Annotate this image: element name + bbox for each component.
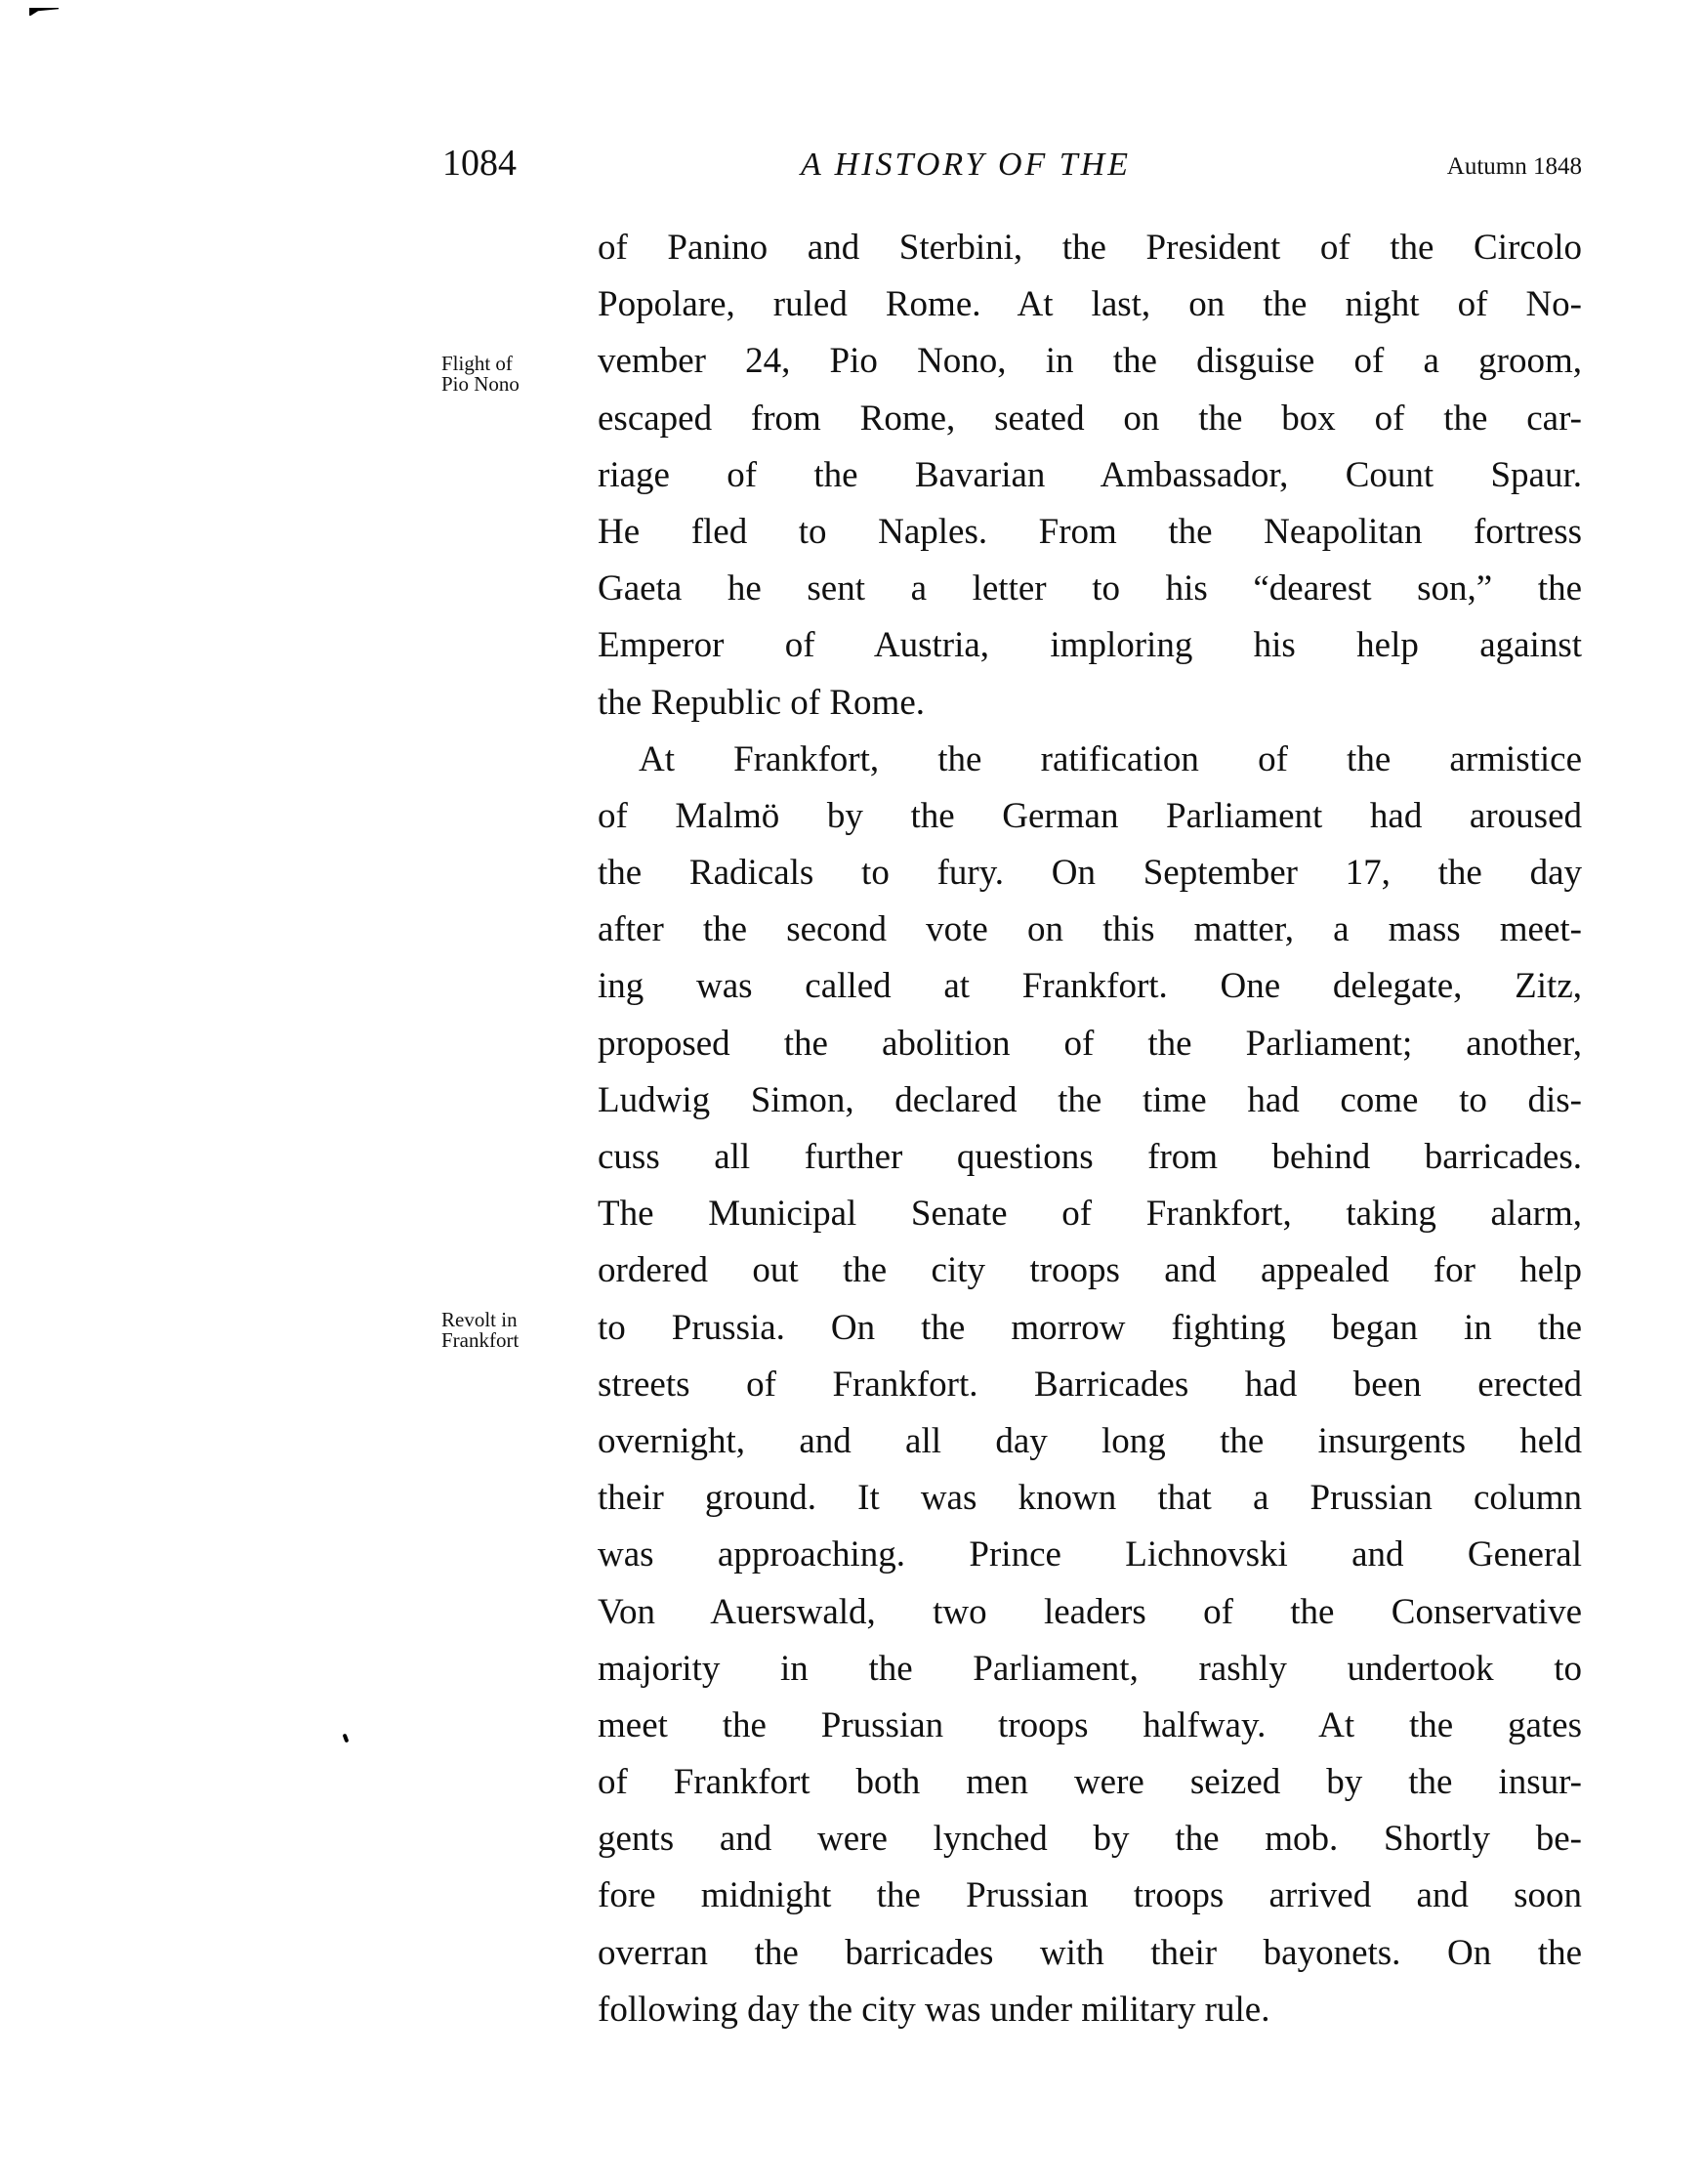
text-line: gents and were lynched by the mob. Short…: [598, 1811, 1582, 1868]
text-line: Popolare, ruled Rome. At last, on the ni…: [598, 276, 1582, 333]
text-line: Emperor of Austria, imploring his help a…: [598, 617, 1582, 674]
text-line: The Municipal Senate of Frankfort, takin…: [598, 1186, 1582, 1242]
running-title: A HISTORY OF THE: [801, 141, 1131, 189]
text-line: of Panino and Sterbini, the President of…: [598, 220, 1582, 276]
text-line: their ground. It was known that a Prussi…: [598, 1470, 1582, 1527]
side-note-line: Pio Nono: [441, 374, 520, 395]
text-line: overnight, and all day long the insurgen…: [598, 1413, 1582, 1470]
text-line: cuss all further questions from behind b…: [598, 1129, 1582, 1186]
scan-corner-mark: [29, 8, 59, 16]
text-line: ordered out the city troops and appealed…: [598, 1242, 1582, 1299]
text-line: escaped from Rome, seated on the box of …: [598, 391, 1582, 447]
side-note-revolt-in-frankfort: Revolt in Frankfort: [441, 1310, 519, 1351]
text-line-paragraph-start: At Frankfort, the ratification of the ar…: [598, 732, 1582, 788]
text-line-paragraph-end: following day the city was under militar…: [598, 1982, 1582, 2038]
text-line: ing was called at Frankfort. One delegat…: [598, 958, 1582, 1015]
text-line: streets of Frankfort. Barricades had bee…: [598, 1357, 1582, 1413]
text-line: proposed the abolition of the Parliament…: [598, 1016, 1582, 1072]
text-line: the Radicals to fury. On September 17, t…: [598, 845, 1582, 902]
text-line: to Prussia. On the morrow fighting began…: [598, 1300, 1582, 1357]
text-line: Gaeta he sent a letter to his “dearest s…: [598, 561, 1582, 617]
body-text: of Panino and Sterbini, the President of…: [598, 220, 1582, 2038]
text-line: meet the Prussian troops halfway. At the…: [598, 1698, 1582, 1754]
text-line: He fled to Naples. From the Neapolitan f…: [598, 504, 1582, 561]
side-note-line: Flight of: [441, 354, 520, 374]
page-number: 1084: [442, 139, 517, 188]
side-note-flight-of-pio-nono: Flight of Pio Nono: [441, 354, 520, 395]
text-line: majority in the Parliament, rashly under…: [598, 1641, 1582, 1698]
text-line: Ludwig Simon, declared the time had come…: [598, 1072, 1582, 1129]
text-line-paragraph-end: the Republic of Rome.: [598, 675, 1582, 732]
scan-stray-mark: [343, 1734, 350, 1743]
text-line: riage of the Bavarian Ambassador, Count …: [598, 447, 1582, 504]
text-line: vember 24, Pio Nono, in the disguise of …: [598, 333, 1582, 390]
running-head: 1084 A HISTORY OF THE Autumn 1848: [0, 139, 1704, 188]
text-line: of Frankfort both men were seized by the…: [598, 1754, 1582, 1811]
text-line: was approaching. Prince Lichnovski and G…: [598, 1527, 1582, 1583]
side-note-line: Frankfort: [441, 1330, 519, 1351]
text-line: overran the barricades with their bayone…: [598, 1925, 1582, 1982]
text-line: after the second vote on this matter, a …: [598, 902, 1582, 958]
running-date: Autumn 1848: [1447, 143, 1582, 191]
text-line: Von Auerswald, two leaders of the Conser…: [598, 1584, 1582, 1641]
text-line: fore midnight the Prussian troops arrive…: [598, 1868, 1582, 1924]
text-line: of Malmö by the German Parliament had ar…: [598, 788, 1582, 845]
side-note-line: Revolt in: [441, 1310, 519, 1330]
